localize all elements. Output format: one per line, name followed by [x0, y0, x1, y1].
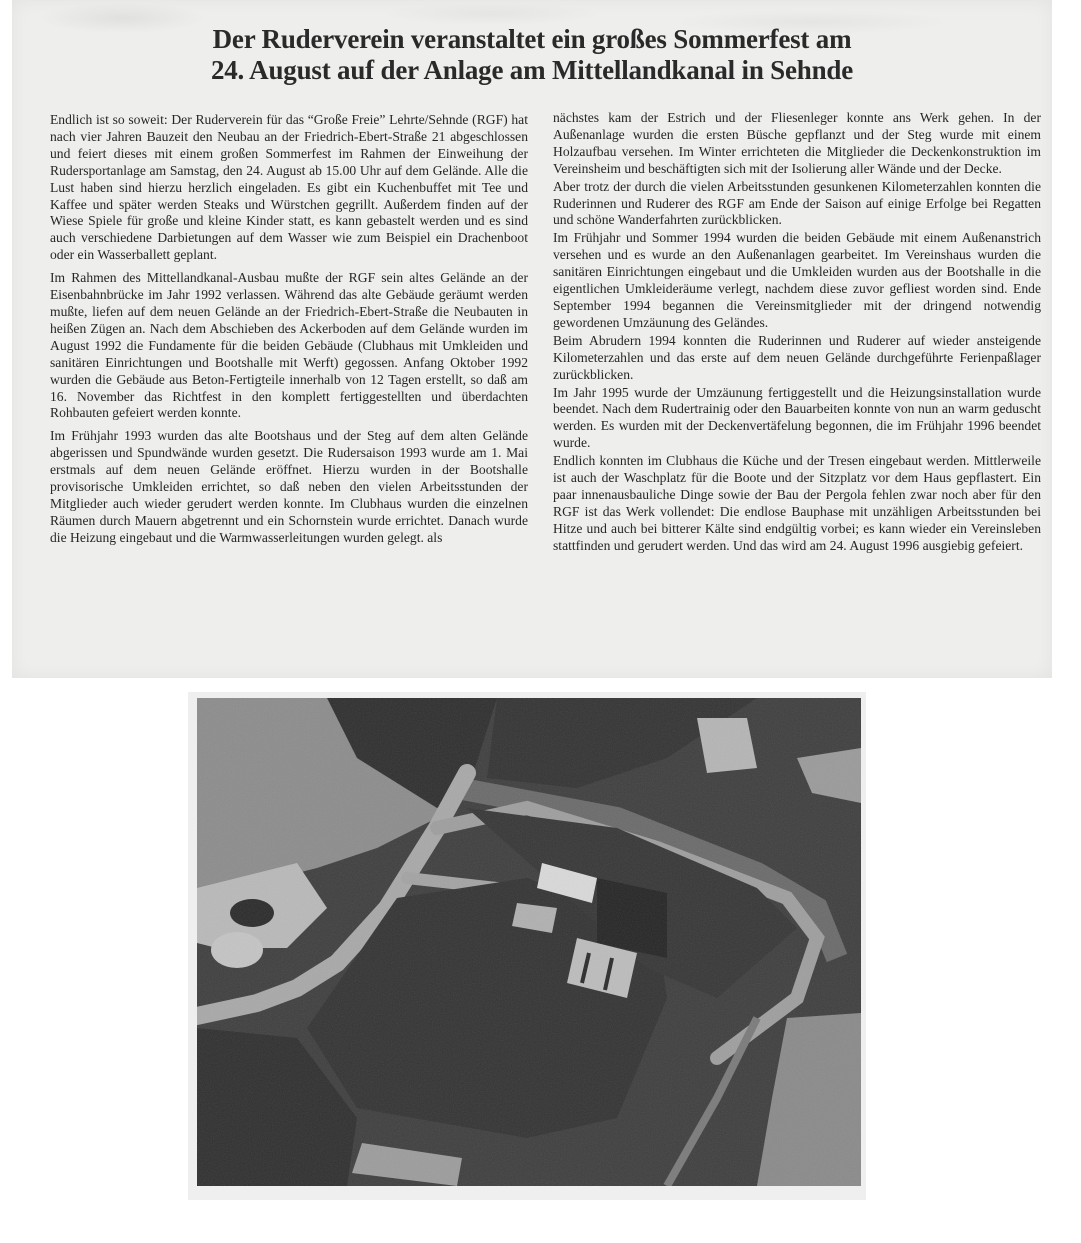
paragraph: nächstes kam der Estrich und der Fliesen… — [553, 110, 1041, 178]
paragraph: Aber trotz der durch die vielen Arbeitss… — [553, 179, 1041, 230]
aerial-photo — [197, 698, 861, 1186]
paragraph: Endlich konnten im Clubhaus die Küche un… — [553, 453, 1041, 554]
paragraph: Beim Abrudern 1994 konnten die Ruderinne… — [553, 333, 1041, 384]
paragraph: Im Frühjahr 1993 wurden das alte Bootsha… — [50, 428, 528, 546]
paragraph: Im Frühjahr und Sommer 1994 wurden die b… — [553, 230, 1041, 331]
newspaper-clipping: Der Ruderverein veranstaltet ein großes … — [12, 0, 1052, 678]
photo-frame — [188, 692, 866, 1200]
headline-line-2: 24. August auf der Anlage am Mittellandk… — [12, 55, 1052, 86]
article-column-right: nächstes kam der Estrich und der Fliesen… — [553, 110, 1041, 555]
article-column-left: Endlich ist so soweit: Der Ruderverein f… — [50, 112, 528, 547]
paragraph: Endlich ist so soweit: Der Ruderverein f… — [50, 112, 528, 264]
paragraph: Im Jahr 1995 wurde der Umzäunung fertigg… — [553, 385, 1041, 453]
aerial-photo-illustration — [197, 698, 861, 1186]
paragraph: Im Rahmen des Mittellandkanal-Ausbau muß… — [50, 270, 528, 422]
headline-line-1: Der Ruderverein veranstaltet ein großes … — [12, 24, 1052, 55]
article-headline: Der Ruderverein veranstaltet ein großes … — [12, 24, 1052, 86]
